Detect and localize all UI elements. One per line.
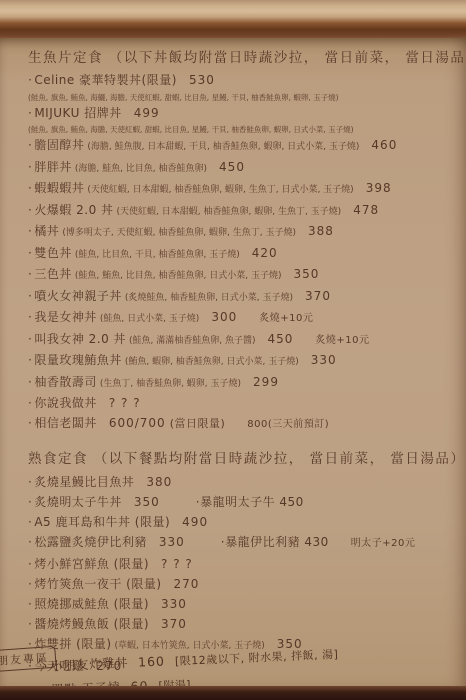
item-price: 398 [366,181,392,195]
item-price: 420 [252,246,278,260]
item-bullet: · [28,310,32,324]
item-extra-note: 炙燒+10元 [315,335,369,346]
item-name: 蝦蝦蝦丼 [34,181,84,195]
item-name: 雙色丼 [34,246,72,260]
item-price: 330 [161,597,187,611]
item-name: 叫我女神 2.0 丼 [34,332,126,346]
item-price: 299 [253,375,279,389]
item-ingredients-inline: (鮭魚, 鮪魚, 比目魚, 柚香鮭魚卵, 日式小菜, 玉子燒) [75,271,282,281]
item-ingredients: (鮭魚, 旗魚, 鮪魚, 海鱺, 海膽, 天使紅蝦, 甜蝦, 比目魚, 星鰻, … [28,91,458,104]
item-ingredients-inline: (海膽, 鮭魚, 比目魚, 柚香鮭魚卵) [75,164,207,174]
item-limit-note: (當日限量) [170,417,226,430]
section-cooked-title: 熟食定食 （以下餐點均附當日時蔬沙拉， 當日前菜， 當日湯品） [28,447,458,467]
menu-item-row: ·胖胖丼(海膽, 鮭魚, 比目魚, 柚香鮭魚卵)450 [28,158,458,180]
item-ingredients-inline: (天使紅蝦, 日本甜蝦, 柚香鮭魚卵, 蝦卵, 生魚丁, 日式小菜, 玉子燒) [87,185,353,195]
item-price: 350 [293,267,319,281]
item-bullet: · [28,416,32,430]
item-bullet: · [28,495,32,509]
menu-item-row: ·醬燒烤鰻魚飯 (限量)370 [28,614,458,634]
item-name: 烤竹筴魚一夜干 (限量) [34,577,161,591]
item-price: 388 [308,224,334,238]
item-ingredients-inline: (生魚丁, 柚香鮭魚卵, 蝦卵, 玉子燒) [100,379,241,389]
menu-item-row: ·蝦蝦蝦丼(天使紅蝦, 日本甜蝦, 柚香鮭魚卵, 蝦卵, 生魚丁, 日式小菜, … [28,179,458,201]
item-price: ? ? ? [161,557,193,571]
item-price: 270 [174,577,200,591]
item-bullet: · [28,73,32,87]
item-ingredients-inline: (鮭魚, 滿滿柚香鮭魚卵, 魚子醬) [129,336,255,346]
item-extra-note: [限12歲以下, 附水果, 拌飯, 湯] [175,648,339,668]
menu-item-row: ·雙色丼(鮭魚, 比目魚, 干貝, 柚香鮭魚卵, 玉子燒)420 [28,244,458,266]
item-price: 490 [182,515,208,529]
item-bullet: · [28,332,32,346]
menu-item-row: ·A5 鹿耳島和牛丼 (限量)490 [28,512,458,532]
item-extra-note: 800(三天前預訂) [247,419,329,430]
menu-content: 生魚片定食 （以下丼飯均附當日時蔬沙拉， 當日前菜， 當日湯品） ·Celine… [28,46,458,676]
item-bullet: · [28,289,32,303]
menu-item-row: ·我是女神丼(鮭魚, 日式小菜, 玉子燒)300炙燒+10元 [28,308,458,330]
item-price: 499 [134,106,160,120]
item-bullet: · [28,160,32,174]
item-name: 炙燒星鰻比目魚丼 [34,475,134,489]
item-alt-option: ·暴龍明太子牛 450 [196,495,304,509]
paper-roll-top [0,0,466,40]
item-bullet: · [28,138,32,152]
item-price: 380 [146,475,172,489]
item-ingredients-inline: (天使紅蝦, 日本甜蝦, 柚香鮭魚卵, 蝦卵, 生魚丁, 玉子燒) [117,207,342,217]
item-name: MIJUKU 招牌丼 [34,106,121,120]
item-price: 450 [219,160,245,174]
item-bullet: · [28,246,32,260]
menu-item-row: ·叫我女神 2.0 丼(鮭魚, 滿滿柚香鮭魚卵, 魚子醬)450炙燒+10元 [28,330,458,352]
menu-item-row: ·柚香散壽司(生魚丁, 柚香鮭魚卵, 蝦卵, 玉子燒)299 [28,373,458,395]
item-price: 300 [211,310,237,324]
menu-item-row: ·MIJUKU 招牌丼499 [28,104,458,124]
menu-item-row: ·照燒挪威鮭魚 (限量)330 [28,594,458,614]
item-ingredients: (鮭魚, 旗魚, 鮪魚, 海膽, 天使紅蝦, 甜蝦, 比目魚, 星鰻, 干貝, … [28,123,458,136]
item-extra-note: 炙燒+10元 [259,313,313,324]
item-bullet: · [28,617,32,631]
item-bullet: · [28,181,32,195]
table-surface [0,686,466,700]
item-name: 我是女神丼 [34,310,97,324]
item-bullet: · [28,577,32,591]
item-bullet: · [28,267,32,281]
item-name: 橘丼 [34,224,59,238]
item-name: 小朋友炸雞丼 [50,655,129,673]
item-bullet: · [28,375,32,389]
menu-item-row: ·炙燒星鰻比目魚丼380 [28,472,458,492]
item-price: 330 [159,535,185,549]
menu-item-row: ·限量玫瑰鮪魚丼(鮪魚, 蝦卵, 柚香鮭魚卵, 日式小菜, 玉子燒)330 [28,351,458,373]
item-price: 370 [305,289,331,303]
item-ingredients-inline: (鮭魚, 比目魚, 干貝, 柚香鮭魚卵, 玉子燒) [75,250,240,260]
item-bullet: · [28,203,32,217]
item-name: 胖胖丼 [34,160,72,174]
menu-item-row: ·炙燒明太子牛丼350·暴龍明太子牛 450 [28,492,458,512]
menu-item-row: ·橘丼(博多明太子, 天使紅蝦, 柚香鮭魚卵, 蝦卵, 生魚丁, 玉子燒)388 [28,222,458,244]
item-bullet: · [28,535,32,549]
item-price: 460 [371,138,397,152]
menu-item-row: ·Celine 豪華特製丼(限量)530 [28,71,458,91]
item-bullet: · [28,597,32,611]
menu-item-row: ·相信老闆丼600/700(當日限量)800(三天前預訂) [28,414,458,435]
item-bullet: · [28,515,32,529]
menu-item-row: ·火爆蝦 2.0 丼(天使紅蝦, 日本甜蝦, 柚香鮭魚卵, 蝦卵, 生魚丁, 玉… [28,201,458,223]
menu-item-row: ·你說我做丼? ? ? [28,394,458,414]
item-name: 照燒挪威鮭魚 (限量) [34,597,149,611]
menu-item-row: ·噴火女神親子丼(炙燒鮭魚, 柚香鮭魚卵, 日式小菜, 玉子燒)370 [28,287,458,309]
item-name: 炙燒明太子牛丼 [34,495,122,509]
item-bullet: · [28,475,32,489]
item-bullet: · [28,353,32,367]
item-name: 醬燒烤鰻魚飯 (限量) [34,617,149,631]
item-price: 530 [189,73,215,87]
item-ingredients-inline: (鮪魚, 蝦卵, 柚香鮭魚卵, 日式小菜, 玉子燒) [125,357,299,367]
item-ingredients-inline: (博多明太子, 天使紅蝦, 柚香鮭魚卵, 蝦卵, 生魚丁, 玉子燒) [62,228,296,238]
item-price: 370 [161,617,187,631]
item-bullet: · [28,557,32,571]
section-sashimi: 生魚片定食 （以下丼飯均附當日時蔬沙拉， 當日前菜， 當日湯品） ·Celine… [28,46,458,434]
item-name: 相信老闆丼 [34,416,97,430]
item-name: Celine 豪華特製丼(限量) [34,73,177,87]
item-price: 350 [134,495,160,509]
item-price: ? ? ? [109,396,141,410]
item-price: 478 [353,203,379,217]
item-bullet: · [28,224,32,238]
kids-zone-label: 朋友專區 [0,651,49,668]
item-name: 松露鹽炙燒伊比利豬 [34,535,147,549]
item-price: 450 [268,332,294,346]
item-ingredients-inline: (鮭魚, 日式小菜, 玉子燒) [100,314,199,324]
item-name: 三色丼 [34,267,72,281]
item-bullet: · [28,396,32,410]
item-bullet: · [28,106,32,120]
item-name: 膽固醇丼 [34,138,84,152]
menu-item-row: ·松露鹽炙燒伊比利豬330·暴龍伊比利豬 430明太子+20元 [28,532,458,554]
menu-item-row: ·烤竹筴魚一夜干 (限量)270 [28,574,458,594]
item-name: 噴火女神親子丼 [34,289,122,303]
item-alt-option: ·暴龍伊比利豬 430 [221,535,329,549]
menu-item-row: ·三色丼(鮭魚, 鮪魚, 比目魚, 柚香鮭魚卵, 日式小菜, 玉子燒)350 [28,265,458,287]
item-name: 烤小鮮宮鮮魚 (限量) [34,557,149,571]
menu-item-row: ·烤小鮮宮鮮魚 (限量)? ? ? [28,554,458,574]
item-name: A5 鹿耳島和牛丼 (限量) [34,515,170,529]
item-price: 330 [311,353,337,367]
item-name: 限量玫瑰鮪魚丼 [34,353,122,367]
item-bullet: · [43,659,48,674]
menu-item-row: ·膽固醇丼(海膽, 鮭魚腹, 日本甜蝦, 干貝, 柚香鮭魚卵, 蝦卵, 日式小菜… [28,136,458,158]
item-price: 600/700 [109,416,166,430]
section-sashimi-title: 生魚片定食 （以下丼飯均附當日時蔬沙拉， 當日前菜， 當日湯品） [28,46,458,66]
item-ingredients-inline: (炙燒鮭魚, 柚香鮭魚卵, 日式小菜, 玉子燒) [125,293,293,303]
section-0-items: ·Celine 豪華特製丼(限量)530(鮭魚, 旗魚, 鮪魚, 海鱺, 海膽,… [28,71,458,434]
item-ingredients-inline: (海膽, 鮭魚腹, 日本甜蝦, 干貝, 柚香鮭魚卵, 蝦卵, 日式小菜, 玉子燒… [87,142,359,152]
item-name: 柚香散壽司 [34,375,97,389]
item-extra-note: 明太子+20元 [351,538,416,549]
item-price: 160 [138,653,165,669]
item-name: 火爆蝦 2.0 丼 [34,203,113,217]
item-name: 你說我做丼 [34,396,97,410]
